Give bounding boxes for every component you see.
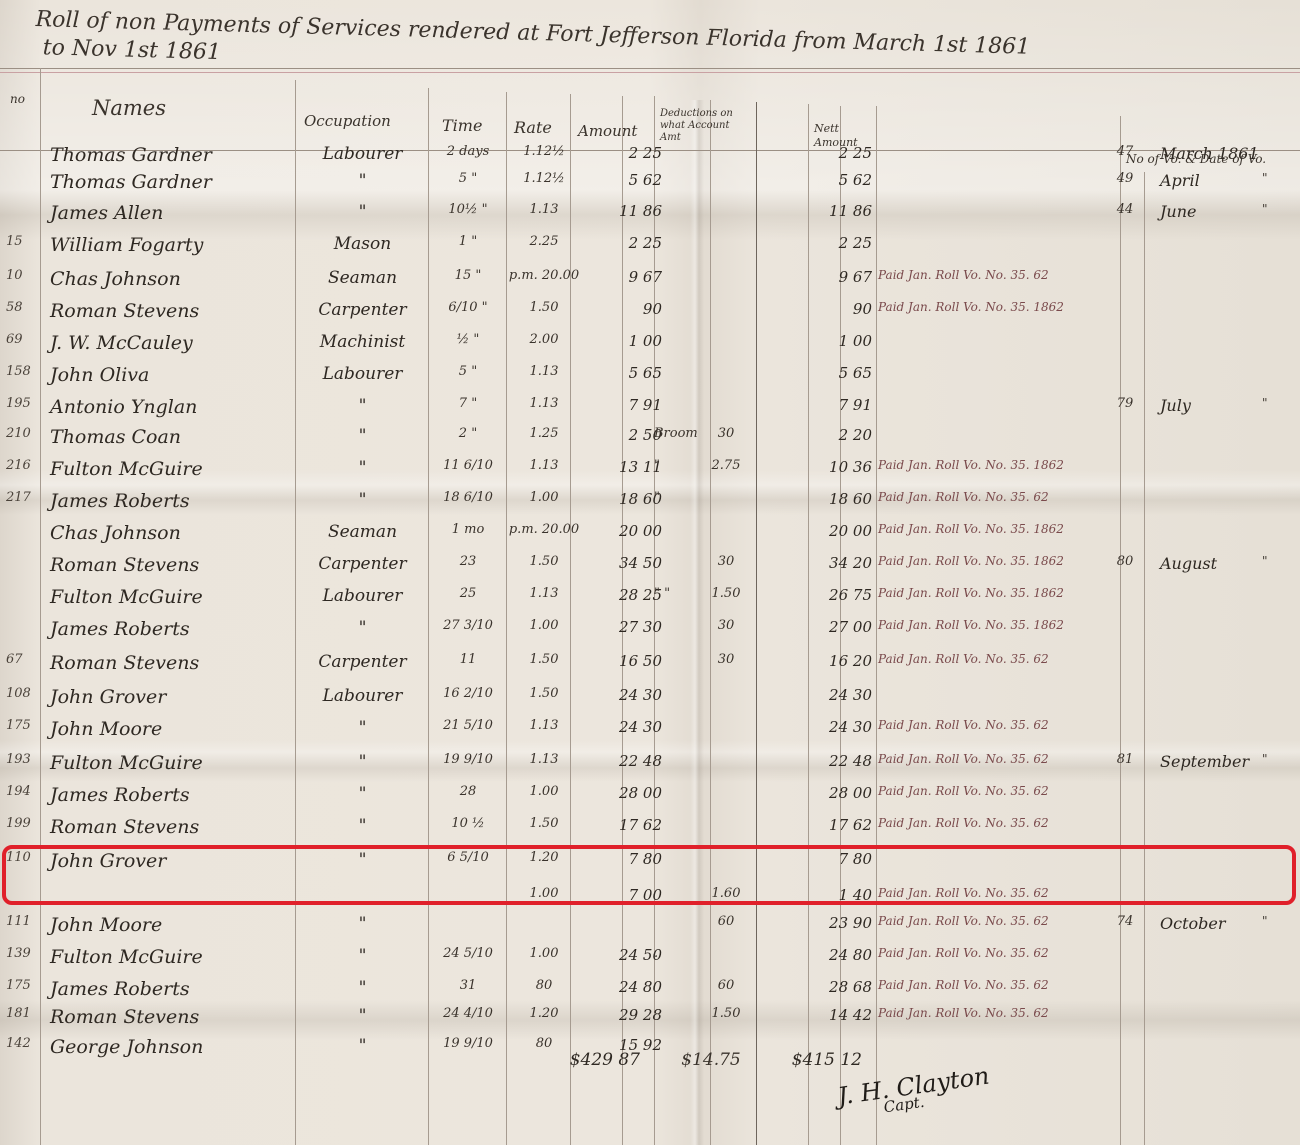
row-rate: 1.00 — [508, 618, 580, 633]
row-occupation: Labourer — [300, 144, 425, 164]
row-net-amount: 5 62 — [790, 171, 872, 189]
row-name: Roman Stevens — [50, 652, 199, 674]
row-net-amount: 16 20 — [790, 652, 872, 670]
row-amount: 22 48 — [572, 752, 662, 770]
row-remark: Paid Jan. Roll Vo. No. 35. 62 — [878, 1006, 1049, 1020]
row-amount: 29 28 — [572, 1006, 662, 1024]
row-time: 5 " — [432, 364, 504, 379]
row-net-amount: 10 36 — [790, 458, 872, 476]
header-rate: Rate — [514, 118, 552, 137]
table-row: 139Fulton McGuire"24 5/101.0024 50.24 80… — [0, 940, 1300, 972]
row-amount: 13 11 — [572, 458, 662, 476]
row-remark: Paid Jan. Roll Vo. No. 35. 1862 — [878, 554, 1064, 568]
row-ditto-mark: " — [1262, 554, 1268, 568]
row-name: Fulton McGuire — [50, 752, 203, 774]
row-net-amount: 28 00 — [790, 784, 872, 802]
row-voucher-month: April — [1160, 171, 1200, 190]
row-deduction: 1.50 — [700, 586, 752, 601]
row-voucher-month: March 1861 — [1160, 144, 1259, 163]
row-occupation: Seaman — [300, 268, 425, 288]
row-number: 216 — [6, 458, 38, 473]
table-row: 58Roman StevensCarpenter6/10 "1.509090Pa… — [0, 294, 1300, 326]
row-rate: 1.25 — [508, 426, 580, 441]
row-name: Fulton McGuire — [50, 586, 203, 608]
row-number: 210 — [6, 426, 38, 441]
table-row: James Allen"10½ "1.1311 8611 8644June" — [0, 196, 1300, 228]
row-rate: 1.00 — [508, 784, 580, 799]
total-deductions: $14.75 — [676, 1050, 746, 1070]
row-rate: 1.12½ — [508, 144, 580, 159]
row-time: 31 — [432, 978, 504, 993]
row-rate: 1.50 — [508, 652, 580, 667]
row-voucher-number: 81 — [1108, 752, 1142, 767]
row-name: Fulton McGuire — [50, 458, 203, 480]
row-amount: 18 60 — [572, 490, 662, 508]
top-rule — [0, 68, 1300, 69]
table-row: 216Fulton McGuire"11 6/101.1313 11"2.751… — [0, 452, 1300, 484]
row-rate: 1.00 — [508, 946, 580, 961]
row-rate: 1.12½ — [508, 171, 580, 186]
row-number: 111 — [6, 914, 38, 929]
row-time: 25 — [432, 586, 504, 601]
row-remark: Paid Jan. Roll Vo. No. 35. 62 — [878, 752, 1049, 766]
row-amount: 17 62 — [572, 816, 662, 834]
table-row: 108John GroverLabourer16 2/101.5024 3024… — [0, 680, 1300, 712]
row-occupation: Carpenter — [300, 554, 425, 574]
row-time: 2 " — [432, 426, 504, 441]
table-row: 195Antonio Ynglan"7 "1.137 917 9179July" — [0, 390, 1300, 422]
row-occupation: " — [300, 946, 425, 966]
row-rate: 80 — [508, 978, 580, 993]
row-amount: 28 00 — [572, 784, 662, 802]
row-net-amount: 2 25 — [790, 144, 872, 162]
table-row: 210Thomas Coan"2 "1.252 50Broom302 20 — [0, 420, 1300, 452]
row-net-amount: 20 00 — [790, 522, 872, 540]
row-name: John Grover — [50, 686, 166, 708]
row-ditto-mark: " — [1262, 171, 1268, 185]
row-amount: 2 25 — [572, 234, 662, 252]
row-amount: 2 25 — [572, 144, 662, 162]
row-time: 24 4/10 — [432, 1006, 504, 1021]
row-name: Chas Johnson — [50, 522, 181, 544]
row-deduction: 30 — [700, 554, 752, 569]
row-rate: 1.50 — [508, 816, 580, 831]
row-remark: Paid Jan. Roll Vo. No. 35. 62 — [878, 490, 1049, 504]
row-deduction: 30 — [700, 426, 752, 441]
row-remark: Paid Jan. Roll Vo. No. 35. 62 — [878, 914, 1049, 928]
row-name: Thomas Coan — [50, 426, 181, 448]
row-number: 194 — [6, 784, 38, 799]
row-ditto-mark: " — [1262, 396, 1268, 410]
row-name: Roman Stevens — [50, 554, 199, 576]
row-name: Thomas Gardner — [50, 171, 212, 193]
table-row: Thomas Gardner"5 "1.12½5 625 6249April" — [0, 165, 1300, 197]
row-amount: 7 91 — [572, 396, 662, 414]
row-time: 6/10 " — [432, 300, 504, 315]
row-voucher-number: 79 — [1108, 396, 1142, 411]
row-amount: 9 67 — [572, 268, 662, 286]
row-rate: 1.50 — [508, 300, 580, 315]
row-voucher-month: June — [1160, 202, 1197, 221]
row-net-amount: 24 30 — [790, 686, 872, 704]
row-name: Fulton McGuire — [50, 946, 203, 968]
row-name: Thomas Gardner — [50, 144, 212, 166]
row-net-amount: 11 86 — [790, 202, 872, 220]
row-name: William Fogarty — [50, 234, 203, 256]
table-row: Fulton McGuireLabourer251.1328 25" "1.50… — [0, 580, 1300, 612]
row-rate: 1.13 — [508, 202, 580, 217]
row-net-amount: 23 90 — [790, 914, 872, 932]
row-rate: 1.50 — [508, 686, 580, 701]
table-row: 158John OlivaLabourer5 "1.135 655 65 — [0, 358, 1300, 390]
row-net-amount: 34 20 — [790, 554, 872, 572]
row-net-amount: 24 30 — [790, 718, 872, 736]
row-remark: Paid Jan. Roll Vo. No. 35. 62 — [878, 816, 1049, 830]
row-net-amount: 7 91 — [790, 396, 872, 414]
row-number: 195 — [6, 396, 38, 411]
row-net-amount: 2 25 — [790, 234, 872, 252]
row-net-amount: 27 00 — [790, 618, 872, 636]
row-deduction-account: " — [654, 490, 714, 505]
row-rate: 1.00 — [508, 490, 580, 505]
row-occupation: Mason — [300, 234, 425, 254]
row-number: 10 — [6, 268, 38, 283]
row-remark: Paid Jan. Roll Vo. No. 35. 1862 — [878, 458, 1064, 472]
row-ditto-mark: " — [1262, 202, 1268, 216]
row-time: 11 — [432, 652, 504, 667]
row-net-amount: 2 20 — [790, 426, 872, 444]
row-number: 158 — [6, 364, 38, 379]
row-net-amount: 26 75 — [790, 586, 872, 604]
row-occupation: " — [300, 978, 425, 998]
row-occupation: Labourer — [300, 586, 425, 606]
table-row: 217James Roberts"18 6/101.0018 60"18 60P… — [0, 484, 1300, 516]
row-voucher-month: July — [1160, 396, 1191, 415]
row-time: 23 — [432, 554, 504, 569]
row-rate: 1.50 — [508, 554, 580, 569]
row-amount: 24 30 — [572, 686, 662, 704]
row-number: 15 — [6, 234, 38, 249]
row-time: 2 days — [432, 144, 504, 159]
row-time: 28 — [432, 784, 504, 799]
row-net-amount: 17 62 — [790, 816, 872, 834]
row-deduction: 30 — [700, 618, 752, 633]
header-no: no — [10, 92, 25, 106]
row-occupation: " — [300, 202, 425, 222]
row-remark: Paid Jan. Roll Vo. No. 35. 1862 — [878, 586, 1064, 600]
row-name: Antonio Ynglan — [50, 396, 197, 418]
row-remark: Paid Jan. Roll Vo. No. 35. 1862 — [878, 300, 1064, 314]
row-amount: 28 25 — [572, 586, 662, 604]
row-rate: 2.25 — [508, 234, 580, 249]
table-row: 194James Roberts"281.0028 0028 00Paid Ja… — [0, 778, 1300, 810]
row-name: James Roberts — [50, 618, 190, 640]
row-rate: 1.20 — [508, 1006, 580, 1021]
row-occupation: " — [300, 816, 425, 836]
row-rate: 1.13 — [508, 586, 580, 601]
row-name: Roman Stevens — [50, 1006, 199, 1028]
row-net-amount: 1 00 — [790, 332, 872, 350]
document-title: Roll of non Payments of Services rendere… — [34, 6, 1295, 97]
row-amount: 24 50 — [572, 946, 662, 964]
row-net-amount: 28 68 — [790, 978, 872, 996]
row-occupation: " — [300, 426, 425, 446]
row-name: John Moore — [50, 718, 162, 740]
row-time: ½ " — [432, 332, 504, 347]
row-time: 7 " — [432, 396, 504, 411]
row-ditto-mark: " — [1262, 752, 1268, 766]
row-name: James Roberts — [50, 490, 190, 512]
row-ditto-mark: " — [1262, 914, 1268, 928]
row-time: 27 3/10 — [432, 618, 504, 633]
row-deduction-account: . — [654, 946, 714, 961]
row-name: John Oliva — [50, 364, 149, 386]
row-name: Chas Johnson — [50, 268, 181, 290]
row-rate: 1.13 — [508, 458, 580, 473]
row-occupation: Labourer — [300, 686, 425, 706]
row-occupation: " — [300, 171, 425, 191]
row-time: 21 5/10 — [432, 718, 504, 733]
table-row: 111John Moore"6023 90Paid Jan. Roll Vo. … — [0, 908, 1300, 940]
row-occupation: Labourer — [300, 364, 425, 384]
table-row: 175John Moore"21 5/101.1324 3024 30Paid … — [0, 712, 1300, 744]
row-number: 58 — [6, 300, 38, 315]
row-voucher-month: October — [1160, 914, 1226, 933]
header-time: Time — [442, 116, 482, 135]
row-amount: 27 30 — [572, 618, 662, 636]
row-occupation: Seaman — [300, 522, 425, 542]
table-row: 10Chas JohnsonSeaman15 "p.m. 20.009 679 … — [0, 262, 1300, 294]
row-deduction: 2.75 — [700, 458, 752, 473]
row-amount: 11 86 — [572, 202, 662, 220]
row-name: John Moore — [50, 914, 162, 936]
row-time: 24 5/10 — [432, 946, 504, 961]
row-amount: 5 65 — [572, 364, 662, 382]
row-remark: Paid Jan. Roll Vo. No. 35. 62 — [878, 978, 1049, 992]
row-occupation: " — [300, 1006, 425, 1026]
table-row: 67Roman StevensCarpenter111.5016 503016 … — [0, 646, 1300, 678]
table-row: 69J. W. McCauleyMachinist½ "2.001 001 00 — [0, 326, 1300, 358]
row-occupation: " — [300, 618, 425, 638]
row-number: 199 — [6, 816, 38, 831]
row-amount: 90 — [572, 300, 662, 318]
table-row: Chas JohnsonSeaman1 mop.m. 20.0020 0020 … — [0, 516, 1300, 548]
ledger-page: Roll of non Payments of Services rendere… — [0, 0, 1300, 1145]
row-time: 10½ " — [432, 202, 504, 217]
row-number: 67 — [6, 652, 38, 667]
row-time: 10 ½ — [432, 816, 504, 831]
row-voucher-number: 80 — [1108, 554, 1142, 569]
row-occupation: " — [300, 914, 425, 934]
row-deduction: 30 — [700, 652, 752, 667]
row-rate: 1.13 — [508, 752, 580, 767]
row-remark: Paid Jan. Roll Vo. No. 35. 62 — [878, 268, 1049, 282]
total-amount: $429 87 — [540, 1050, 640, 1070]
row-remark: Paid Jan. Roll Vo. No. 35. 62 — [878, 718, 1049, 732]
row-deduction: 60 — [700, 978, 752, 993]
row-remark: Paid Jan. Roll Vo. No. 35. 1862 — [878, 618, 1064, 632]
row-time: 11 6/10 — [432, 458, 504, 473]
top-rule-red — [0, 72, 1300, 73]
row-net-amount: 18 60 — [790, 490, 872, 508]
row-time: 1 " — [432, 234, 504, 249]
row-name: Roman Stevens — [50, 300, 199, 322]
row-voucher-month: August — [1160, 554, 1217, 573]
row-time: 15 " — [432, 268, 504, 283]
row-deduction: 60 — [700, 914, 752, 929]
row-occupation: " — [300, 458, 425, 478]
row-rate: 1.13 — [508, 718, 580, 733]
row-occupation: " — [300, 490, 425, 510]
row-voucher-number: 44 — [1108, 202, 1142, 217]
row-occupation: Machinist — [300, 332, 425, 352]
table-row: James Roberts"27 3/101.0027 303027 00Pai… — [0, 612, 1300, 644]
header-names: Names — [92, 96, 166, 120]
row-occupation: Carpenter — [300, 300, 425, 320]
row-amount: 5 62 — [572, 171, 662, 189]
row-number: 175 — [6, 978, 38, 993]
row-net-amount: 14 42 — [790, 1006, 872, 1024]
row-net-amount: 22 48 — [790, 752, 872, 770]
table-row: 193Fulton McGuire"19 9/101.1322 4822 48P… — [0, 746, 1300, 778]
highlight-box — [2, 845, 1296, 905]
row-amount: 24 30 — [572, 718, 662, 736]
row-time: 18 6/10 — [432, 490, 504, 505]
row-amount: 24 80 — [572, 978, 662, 996]
row-number: 193 — [6, 752, 38, 767]
table-row: 181Roman Stevens"24 4/101.2029 281.5014 … — [0, 1000, 1300, 1032]
row-rate: 1.13 — [508, 364, 580, 379]
row-deduction: 1.50 — [700, 1006, 752, 1021]
total-net: $415 12 — [752, 1050, 862, 1070]
row-amount: 2 50 — [572, 426, 662, 444]
row-remark: Paid Jan. Roll Vo. No. 35. 1862 — [878, 522, 1064, 536]
row-number: 69 — [6, 332, 38, 347]
header-occupation: Occupation — [304, 112, 391, 130]
row-remark: Paid Jan. Roll Vo. No. 35. 62 — [878, 784, 1049, 798]
row-occupation: " — [300, 718, 425, 738]
row-name: James Allen — [50, 202, 163, 224]
row-name: James Roberts — [50, 784, 190, 806]
row-number: 217 — [6, 490, 38, 505]
row-voucher-month: September — [1160, 752, 1249, 771]
row-number: 139 — [6, 946, 38, 961]
row-occupation: Carpenter — [300, 652, 425, 672]
row-number: 181 — [6, 1006, 38, 1021]
row-amount: 1 00 — [572, 332, 662, 350]
row-net-amount: 5 65 — [790, 364, 872, 382]
row-time: 5 " — [432, 171, 504, 186]
row-name: James Roberts — [50, 978, 190, 1000]
row-occupation: " — [300, 396, 425, 416]
row-net-amount: 9 67 — [790, 268, 872, 286]
row-time: 16 2/10 — [432, 686, 504, 701]
row-rate: p.m. 20.00 — [508, 268, 580, 283]
totals-row: $429 87 $14.75 $415 12 — [0, 1044, 1300, 1076]
row-name: J. W. McCauley — [50, 332, 193, 354]
row-amount: 20 00 — [572, 522, 662, 540]
row-voucher-number: 49 — [1108, 171, 1142, 186]
row-remark: Paid Jan. Roll Vo. No. 35. 62 — [878, 652, 1049, 666]
row-time: 1 mo — [432, 522, 504, 537]
row-voucher-number: 47 — [1108, 144, 1142, 159]
row-remark: Paid Jan. Roll Vo. No. 35. 62 — [878, 946, 1049, 960]
table-row: Roman StevensCarpenter231.5034 503034 20… — [0, 548, 1300, 580]
row-name: Roman Stevens — [50, 816, 199, 838]
row-number: 175 — [6, 718, 38, 733]
row-net-amount: 24 80 — [790, 946, 872, 964]
row-occupation: " — [300, 784, 425, 804]
row-amount: 16 50 — [572, 652, 662, 670]
row-rate: 1.13 — [508, 396, 580, 411]
row-number: 108 — [6, 686, 38, 701]
table-row: 15William FogartyMason1 "2.252 252 25 — [0, 228, 1300, 260]
row-rate: p.m. 20.00 — [508, 522, 580, 537]
row-amount: 34 50 — [572, 554, 662, 572]
row-rate: 2.00 — [508, 332, 580, 347]
table-row: 199Roman Stevens"10 ½1.5017 6217 62Paid … — [0, 810, 1300, 842]
row-voucher-number: 74 — [1108, 914, 1142, 929]
row-occupation: " — [300, 752, 425, 772]
row-time: 19 9/10 — [432, 752, 504, 767]
row-net-amount: 90 — [790, 300, 872, 318]
